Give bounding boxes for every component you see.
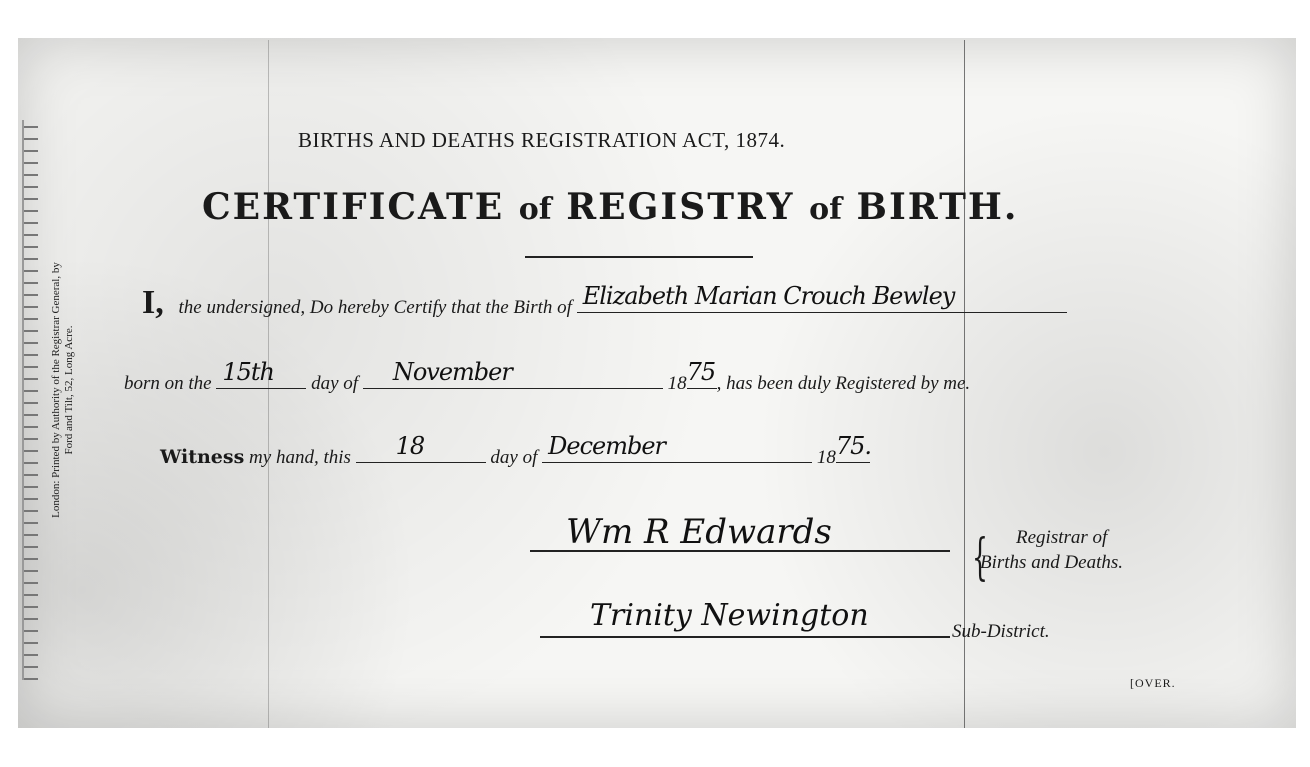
imprint-line-2: Ford and Tilt, 52, Long Acre. xyxy=(63,160,76,620)
registrar-signature-line xyxy=(530,550,950,552)
title-word: of xyxy=(809,192,842,227)
witness-text: my hand, this xyxy=(249,447,351,468)
witness-line: Witness my hand, this 18 day of December… xyxy=(160,440,870,469)
born-line: born on the 15th day of November 1875, h… xyxy=(124,366,970,395)
certify-text: the undersigned, Do hereby Certify that … xyxy=(178,297,571,318)
day-of-text: day of xyxy=(490,447,537,468)
registered-text: , has been duly Registered by me. xyxy=(717,373,971,394)
child-name: Elizabeth Marian Crouch Bewley xyxy=(583,282,955,310)
act-heading: BIRTHS AND DEATHS REGISTRATION ACT, 1874… xyxy=(298,128,785,153)
title-word: CERTIFICATE xyxy=(202,186,504,228)
sub-district-handwritten: Trinity Newington xyxy=(590,598,869,633)
printer-imprint: London: Printed by Authority of the Regi… xyxy=(50,160,76,620)
day-of-text: day of xyxy=(311,373,358,394)
title-word: BIRTH. xyxy=(857,186,1019,228)
registrar-label-2: Births and Deaths. xyxy=(980,551,1123,575)
born-prefix: born on the xyxy=(124,373,212,394)
sub-district-label: Sub-District. xyxy=(952,620,1050,644)
birth-month-field: November xyxy=(363,366,663,389)
perforated-edge xyxy=(22,120,38,680)
witness-month-field: December xyxy=(542,440,812,463)
registrar-label-1: Registrar of xyxy=(1016,526,1107,550)
witness-day-field: 18 xyxy=(356,440,486,463)
imprint-line-1: London: Printed by Authority of the Regi… xyxy=(50,160,63,620)
witness-month: December xyxy=(548,432,665,460)
title-word: REGISTRY xyxy=(566,186,794,228)
witness-word: Witness xyxy=(160,446,244,468)
initial-I: I, xyxy=(142,284,164,321)
birth-day: 15th xyxy=(222,358,274,386)
certificate-title: CERTIFICATE of REGISTRY of BIRTH. xyxy=(202,186,1018,228)
witness-year: 75. xyxy=(836,432,871,460)
birth-year: 75 xyxy=(687,358,716,386)
witness-day: 18 xyxy=(396,432,425,460)
title-underline xyxy=(525,256,753,258)
name-field: Elizabeth Marian Crouch Bewley xyxy=(577,290,1067,313)
over-label: [OVER. xyxy=(1130,676,1176,691)
registrar-signature: Wm R Edwards xyxy=(566,512,832,552)
year-prefix: 18 xyxy=(668,373,687,394)
sub-district-line xyxy=(540,636,950,638)
year-prefix: 18 xyxy=(817,447,836,468)
birth-day-field: 15th xyxy=(216,366,306,389)
title-word: of xyxy=(519,192,552,227)
certify-line: I, the undersigned, Do hereby Certify th… xyxy=(142,284,1067,322)
birth-month: November xyxy=(393,358,512,386)
